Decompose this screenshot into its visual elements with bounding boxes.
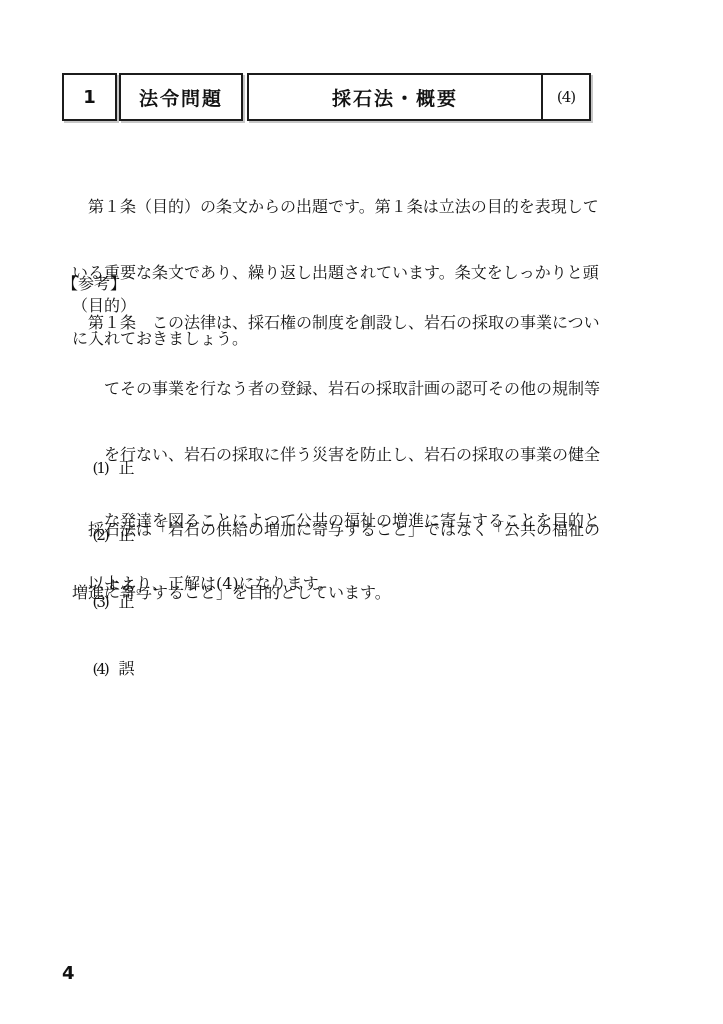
- text-line: 第１条（目的）の条文からの出題です。第１条は立法の目的を表現して: [72, 196, 599, 218]
- answer-item-verdict: 正: [119, 458, 135, 477]
- answer-mark-cell: (4): [541, 75, 589, 119]
- text-line: を行ない、岩石の採取に伴う災害を防止し、岩石の採取の事業の健全: [104, 444, 600, 466]
- answer-item: (1)正: [62, 433, 135, 456]
- question-number: 1: [83, 87, 96, 108]
- title-cell: 採石法・概要: [249, 75, 541, 119]
- header-title-box: 採石法・概要 (4): [247, 73, 591, 121]
- text-line: 以上より、正解は(4)になります。: [72, 573, 333, 595]
- answer-item-verdict: 誤: [119, 659, 135, 678]
- header-question-number-box: 1: [62, 73, 117, 121]
- conclusion-line: 以上より、正解は(4)になります。: [72, 529, 333, 639]
- question-title: 採石法・概要: [332, 84, 458, 111]
- answer-item-number: (4): [93, 658, 113, 681]
- document-page: 1 法令問題 採石法・概要 (4) 第１条（目的）の条文からの出題です。第１条は…: [0, 0, 723, 1024]
- header-category-box: 法令問題: [119, 73, 243, 121]
- text-line: 第１条 この法律は、採石権の制度を創設し、岩石の採取の事業につい: [104, 312, 600, 334]
- category-label: 法令問題: [139, 84, 223, 111]
- answer-mark: (4): [557, 88, 575, 106]
- text-line: てその事業を行なう者の登録、岩石の採取計画の認可その他の規制等: [104, 378, 600, 400]
- page-number: 4: [62, 963, 75, 984]
